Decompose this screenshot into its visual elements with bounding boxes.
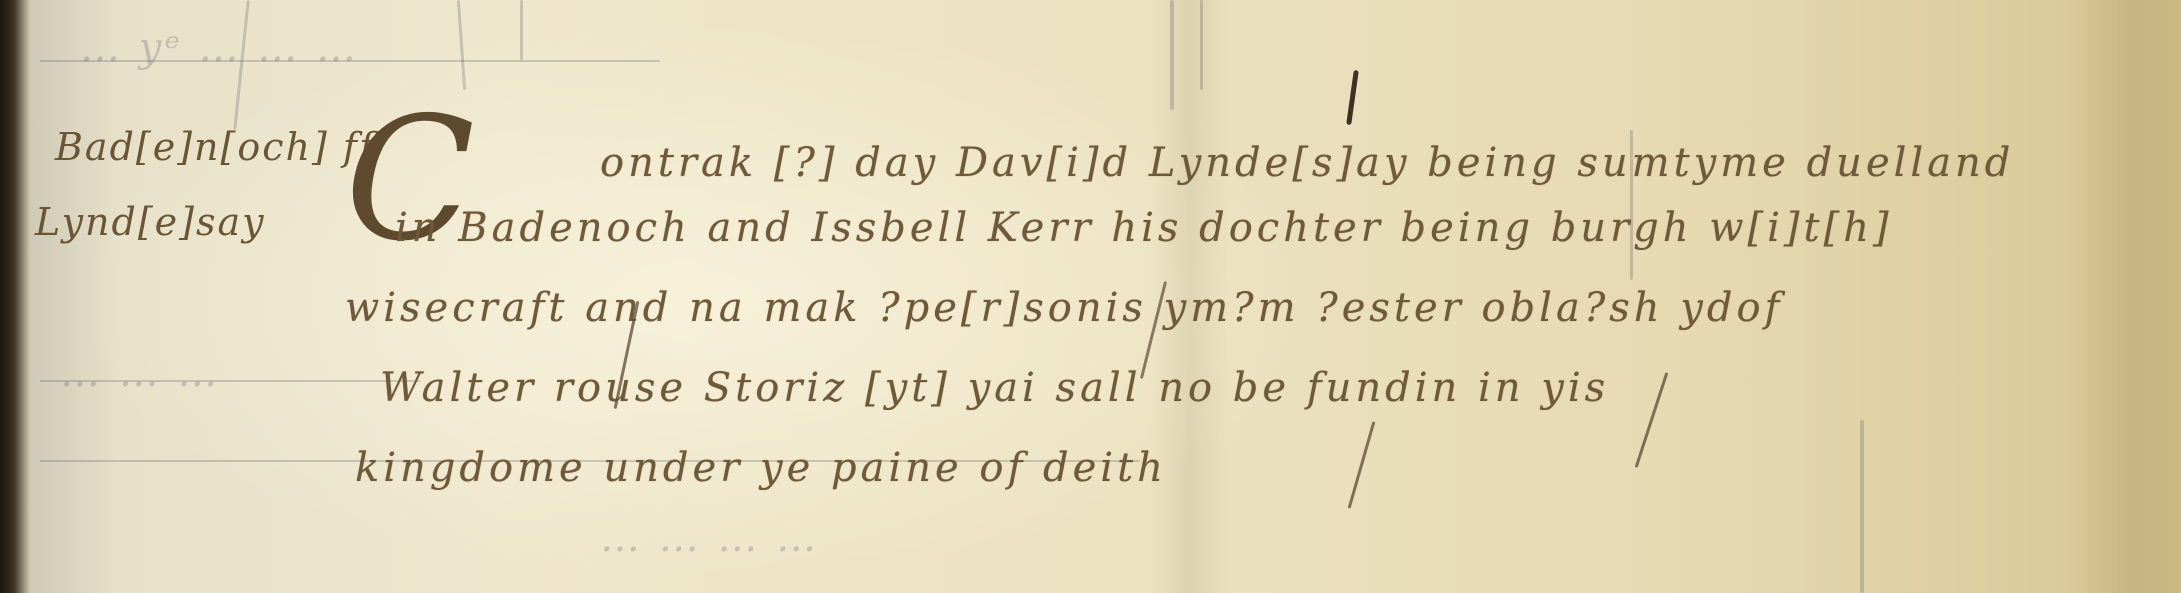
margin-note-name: Lynd[e]say <box>35 200 266 244</box>
bleed-through-stroke <box>1200 0 1203 90</box>
bleed-through-text: … … … <box>60 350 220 396</box>
bleed-through-stroke <box>457 0 466 90</box>
text-line-3: wisecraft and na mak ?pe[r]sonis ym?m ?e… <box>345 285 1783 331</box>
text-line-5: kingdome under ye paine of deith <box>355 445 1167 491</box>
ink-flourish-stroke <box>1635 372 1669 468</box>
bleed-through-text: … yᵉ … … … <box>80 25 359 71</box>
bleed-through-stroke <box>520 0 523 60</box>
text-line-4: Walter rouse Storiz [yt] yai sall no be … <box>380 365 1609 411</box>
bleed-through-stroke <box>1860 420 1864 593</box>
bleed-through-stroke <box>1170 0 1174 110</box>
page-edge-shadow <box>2080 0 2181 593</box>
text-line-2: in Badenoch and Issbell Kerr his dochter… <box>395 205 1893 251</box>
bleed-through-text: … … … … <box>600 515 819 561</box>
margin-note-place: Bad[e]n[och] ff <box>55 125 375 169</box>
ink-flourish-stroke <box>1348 421 1376 508</box>
ink-flourish-stroke <box>1346 70 1359 125</box>
text-line-1: ontrak [?] day Dav[i]d Lynde[s]ay being … <box>600 140 2014 186</box>
manuscript-page: … yᵉ … … … … … … … … … … Bad[e]n[och] ff… <box>0 0 2181 593</box>
